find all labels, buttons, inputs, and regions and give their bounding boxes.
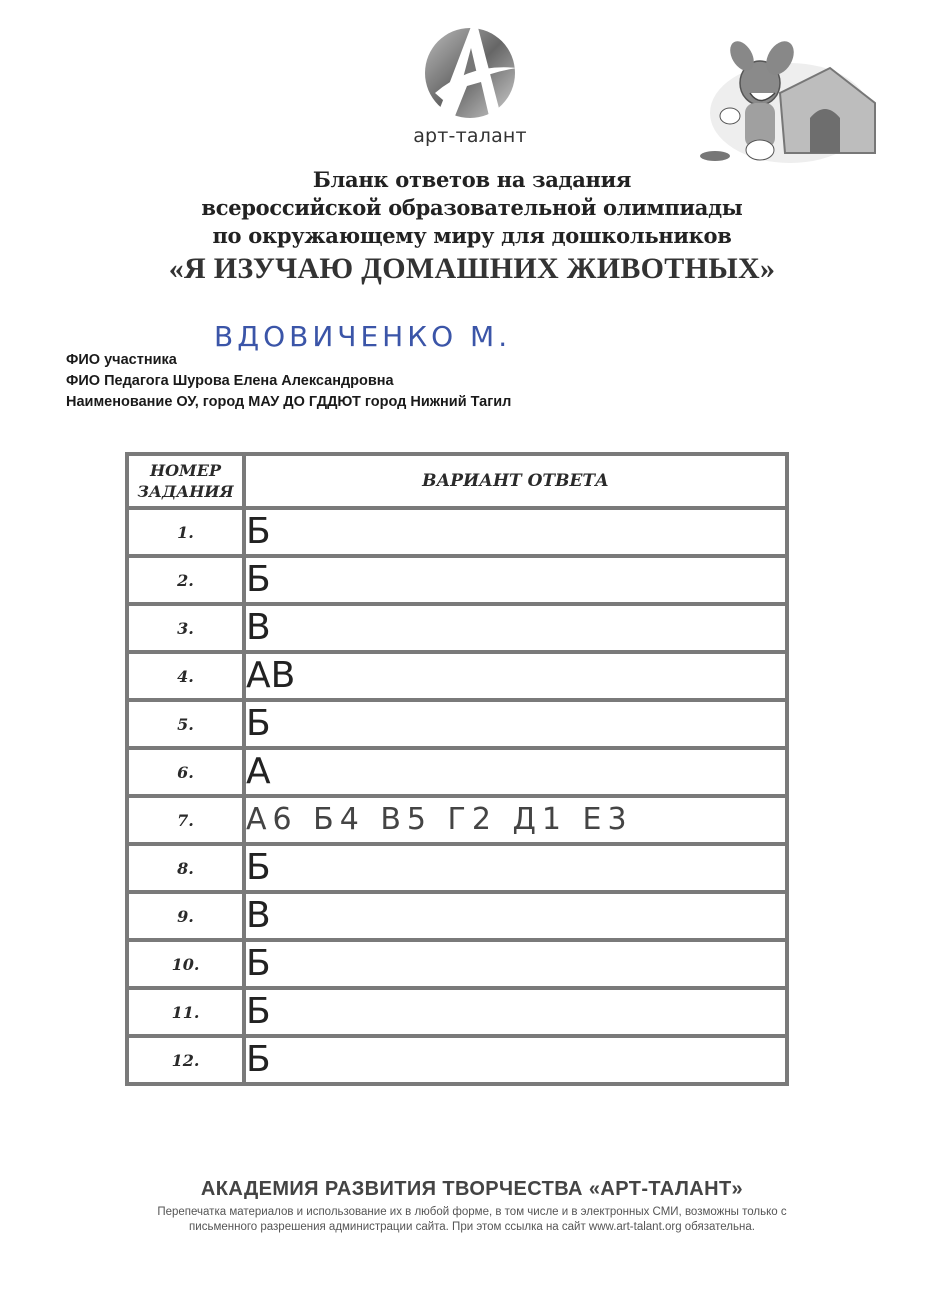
- teacher-label: ФИО Педагога: [66, 373, 169, 389]
- table-header-row: НОМЕР ЗАДАНИЯ ВАРИАНТ ОТВЕТА: [127, 454, 787, 508]
- footer-title: АКАДЕМИЯ РАЗВИТИЯ ТВОРЧЕСТВА «АРТ-ТАЛАНТ…: [0, 1178, 944, 1201]
- task-number: 7.: [127, 796, 244, 844]
- task-number: 4.: [127, 652, 244, 700]
- answer-field[interactable]: Б: [244, 556, 787, 604]
- teacher-value: Шурова Елена Александровна: [173, 373, 394, 389]
- task-number: 6.: [127, 748, 244, 796]
- task-number: 11.: [127, 988, 244, 1036]
- answer-field[interactable]: Б: [244, 988, 787, 1036]
- table-row: 7.А6 Б4 В5 Г2 Д1 Е3: [127, 796, 787, 844]
- participant-label: ФИО участника: [66, 352, 177, 368]
- table-row: 2.Б: [127, 556, 787, 604]
- answer-field[interactable]: В: [244, 604, 787, 652]
- teacher-row: ФИО Педагога Шурова Елена Александровна: [66, 371, 511, 392]
- header-task-number: НОМЕР ЗАДАНИЯ: [127, 454, 244, 508]
- table-row: 10.Б: [127, 940, 787, 988]
- table-row: 8.Б: [127, 844, 787, 892]
- table-row: 1.Б: [127, 508, 787, 556]
- table-row: 4.АВ: [127, 652, 787, 700]
- answer-field[interactable]: А: [244, 748, 787, 796]
- table-row: 12.Б: [127, 1036, 787, 1084]
- title-line-2: всероссийской образовательной олимпиады: [0, 194, 944, 222]
- answer-field[interactable]: АВ: [244, 652, 787, 700]
- title-line-3: по окружающему миру для дошкольников: [0, 222, 944, 250]
- answer-field[interactable]: Б: [244, 508, 787, 556]
- answer-field[interactable]: Б: [244, 700, 787, 748]
- task-number: 8.: [127, 844, 244, 892]
- participant-name-field[interactable]: ВДОВИЧЕНКО М.: [214, 326, 511, 347]
- table-row: 3.В: [127, 604, 787, 652]
- organization-value: МАУ ДО ГДДЮТ город Нижний Тагил: [248, 394, 511, 410]
- answers-table: НОМЕР ЗАДАНИЯ ВАРИАНТ ОТВЕТА 1.Б2.Б3.В4.…: [125, 452, 789, 1086]
- table-row: 6.А: [127, 748, 787, 796]
- task-number: 5.: [127, 700, 244, 748]
- answer-field[interactable]: А6 Б4 В5 Г2 Д1 Е3: [244, 796, 787, 844]
- answer-field[interactable]: Б: [244, 940, 787, 988]
- logo-text: арт-талант: [405, 125, 535, 147]
- art-talant-logo-icon: [415, 8, 525, 123]
- answer-field[interactable]: В: [244, 892, 787, 940]
- answer-field[interactable]: Б: [244, 844, 787, 892]
- task-number: 9.: [127, 892, 244, 940]
- task-number: 2.: [127, 556, 244, 604]
- organization-label: Наименование ОУ, город: [66, 394, 244, 410]
- copyright-note: Перепечатка материалов и использование и…: [0, 1205, 944, 1235]
- logo: арт-талант: [405, 8, 535, 158]
- form-title: Бланк ответов на задания всероссийской о…: [0, 166, 944, 288]
- task-number: 1.: [127, 508, 244, 556]
- copyright-line-1: Перепечатка материалов и использование и…: [0, 1205, 944, 1220]
- olympiad-name: «Я ИЗУЧАЮ ДОМАШНИХ ЖИВОТНЫХ»: [0, 250, 944, 288]
- dog-in-kennel-illustration: [690, 38, 940, 168]
- task-number: 10.: [127, 940, 244, 988]
- title-line-1: Бланк ответов на задания: [0, 166, 944, 194]
- task-number: 3.: [127, 604, 244, 652]
- copyright-line-2: письменного разрешения администрации сай…: [0, 1220, 944, 1235]
- participant-row: ФИО участника ВДОВИЧЕНКО М.: [66, 350, 511, 371]
- organization-row: Наименование ОУ, город МАУ ДО ГДДЮТ горо…: [66, 392, 511, 413]
- answer-field[interactable]: Б: [244, 1036, 787, 1084]
- table-row: 5.Б: [127, 700, 787, 748]
- task-number: 12.: [127, 1036, 244, 1084]
- table-row: 11.Б: [127, 988, 787, 1036]
- footer: АКАДЕМИЯ РАЗВИТИЯ ТВОРЧЕСТВА «АРТ-ТАЛАНТ…: [0, 1178, 944, 1235]
- participant-info: ФИО участника ВДОВИЧЕНКО М. ФИО Педагога…: [66, 350, 511, 413]
- table-row: 9.В: [127, 892, 787, 940]
- header-answer: ВАРИАНТ ОТВЕТА: [244, 454, 787, 508]
